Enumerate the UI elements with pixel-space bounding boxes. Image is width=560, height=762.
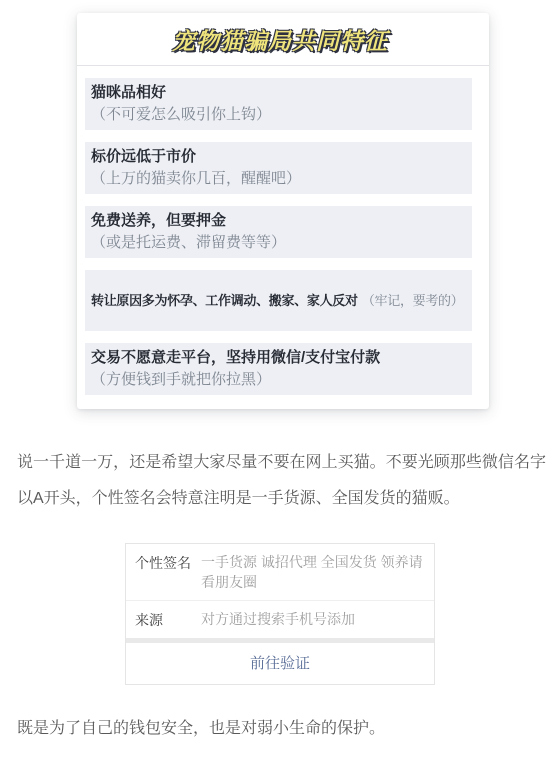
scam-card-header: 宠物猫骗局共同特征	[77, 13, 489, 66]
signature-label: 个性签名	[135, 552, 201, 573]
profile-row-source: 来源 对方通过搜索手机号添加	[126, 600, 434, 638]
source-value: 对方通过搜索手机号添加	[201, 609, 355, 629]
go-verify-button[interactable]: 前往验证	[126, 643, 434, 684]
scam-row-deposit: 免费送养，但要押金 （或是托运费、滞留费等等）	[85, 206, 472, 258]
scam-row-title: 转让原因多为怀孕、工作调动、搬家、家人反对	[91, 293, 358, 308]
scam-row-title: 交易不愿意走平台，坚持用微信/支付宝付款	[91, 347, 464, 369]
scam-row-title: 免费送养，但要押金	[91, 210, 464, 232]
scam-row-title: 标价远低于市价	[91, 146, 464, 168]
scam-row-price: 标价远低于市价 （上万的猫卖你几百，醒醒吧）	[85, 142, 472, 194]
scam-row-payment: 交易不愿意走平台，坚持用微信/支付宝付款 （方便钱到手就把你拉黑）	[85, 343, 472, 395]
wechat-profile-card: 个性签名 一手货源 诚招代理 全国发货 领养请看朋友圈 来源 对方通过搜索手机号…	[125, 543, 435, 685]
closing-paragraph: 既是为了自己的钱包安全，也是对弱小生命的保护。	[17, 711, 546, 747]
scam-row-desc: （或是托运费、滞留费等等）	[91, 232, 464, 254]
scam-row-desc: （不可爱怎么吸引你上钩）	[91, 104, 464, 126]
scam-row-desc: （牢记，要考的）	[362, 293, 464, 308]
scam-row-title: 猫咪品相好	[91, 82, 464, 104]
scam-feature-card: 宠物猫骗局共同特征 猫咪品相好 （不可爱怎么吸引你上钩） 标价远低于市价 （上万…	[77, 13, 489, 409]
scam-row-desc: （方便钱到手就把你拉黑）	[91, 369, 464, 391]
scam-card-title: 宠物猫骗局共同特征	[172, 23, 394, 56]
scam-row-desc: （上万的猫卖你几百，醒醒吧）	[91, 168, 464, 190]
scam-row-excuse: 转让原因多为怀孕、工作调动、搬家、家人反对 （牢记，要考的）	[85, 270, 472, 331]
profile-row-signature: 个性签名 一手货源 诚招代理 全国发货 领养请看朋友圈	[126, 544, 434, 600]
source-label: 来源	[135, 609, 201, 630]
scam-row-appearance: 猫咪品相好 （不可爱怎么吸引你上钩）	[85, 78, 472, 130]
signature-value: 一手货源 诚招代理 全国发货 领养请看朋友圈	[201, 552, 424, 592]
scam-row-list: 猫咪品相好 （不可爱怎么吸引你上钩） 标价远低于市价 （上万的猫卖你几百，醒醒吧…	[77, 66, 489, 395]
advice-paragraph: 说一千道一万，还是希望大家尽量不要在网上买猫。不要光顾那些微信名字以A开头，个性…	[17, 445, 546, 517]
